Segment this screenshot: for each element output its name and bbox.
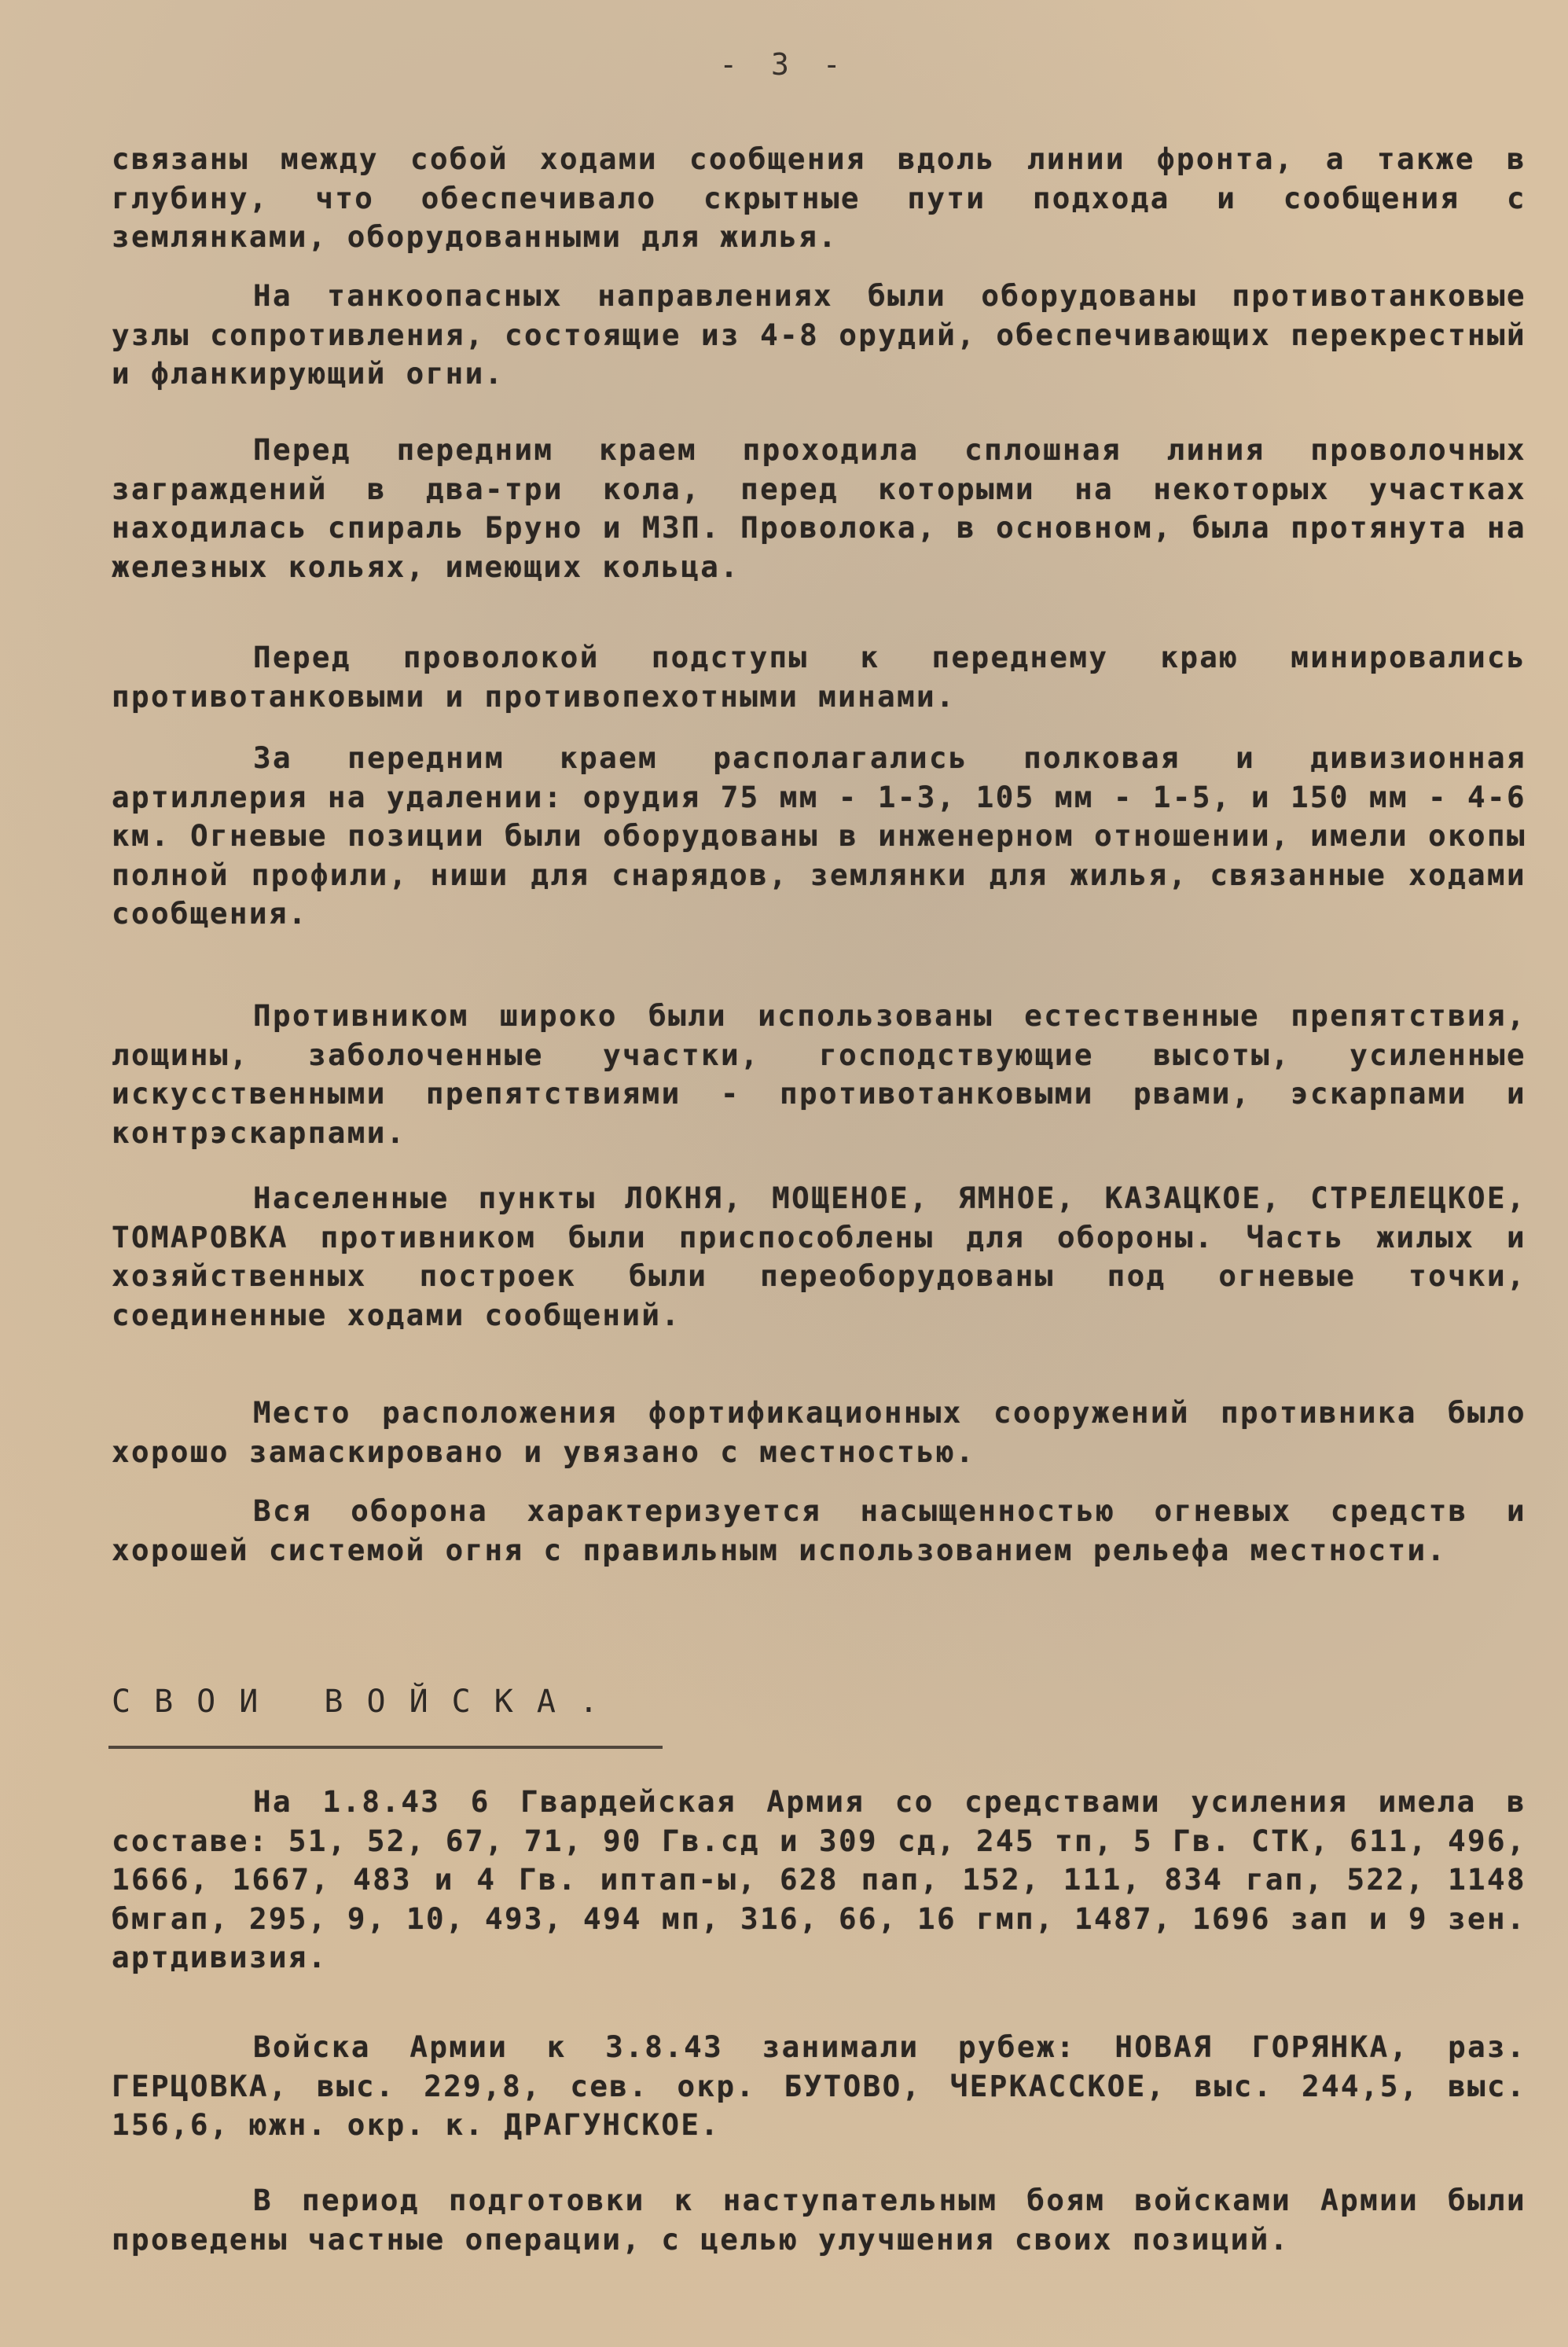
section-heading-own-troops: СВОИ ВОЙСКА.	[112, 1684, 622, 1720]
paragraph-settlements: Населенные пункты ЛОКНЯ, МОЩЕНОЕ, ЯМНОЕ,…	[112, 1179, 1526, 1335]
page-number: - 3 -	[0, 47, 1568, 82]
paragraph-natural-obstacles: Противником широко были использованы ест…	[112, 997, 1526, 1152]
paragraph-antitank-nodes: На танкоопасных направлениях были оборуд…	[112, 277, 1526, 394]
paragraph-army-line: Войска Армии к 3.8.43 занимали рубеж: НО…	[112, 2028, 1526, 2145]
paragraph-preparation: В период подготовки к наступательным боя…	[112, 2181, 1526, 2259]
paragraph-trenches-continued: связаны между собой ходами сообщения вдо…	[112, 140, 1526, 257]
paragraph-minefields: Перед проволокой подступы к переднему кр…	[112, 638, 1526, 716]
heading-underline	[108, 1746, 663, 1749]
document-page: - 3 - связаны между собой ходами сообщен…	[0, 0, 1568, 2347]
paragraph-artillery: За передним краем располагались полковая…	[112, 739, 1526, 934]
paragraph-wire-obstacles: Перед передним краем проходила сплошная …	[112, 431, 1526, 586]
paragraph-army-composition: На 1.8.43 6 Гвардейская Армия со средств…	[112, 1783, 1526, 1978]
paragraph-defense-summary: Вся оборона характеризуется насыщенность…	[112, 1492, 1526, 1570]
paragraph-camouflage: Место расположения фортификационных соор…	[112, 1394, 1526, 1471]
